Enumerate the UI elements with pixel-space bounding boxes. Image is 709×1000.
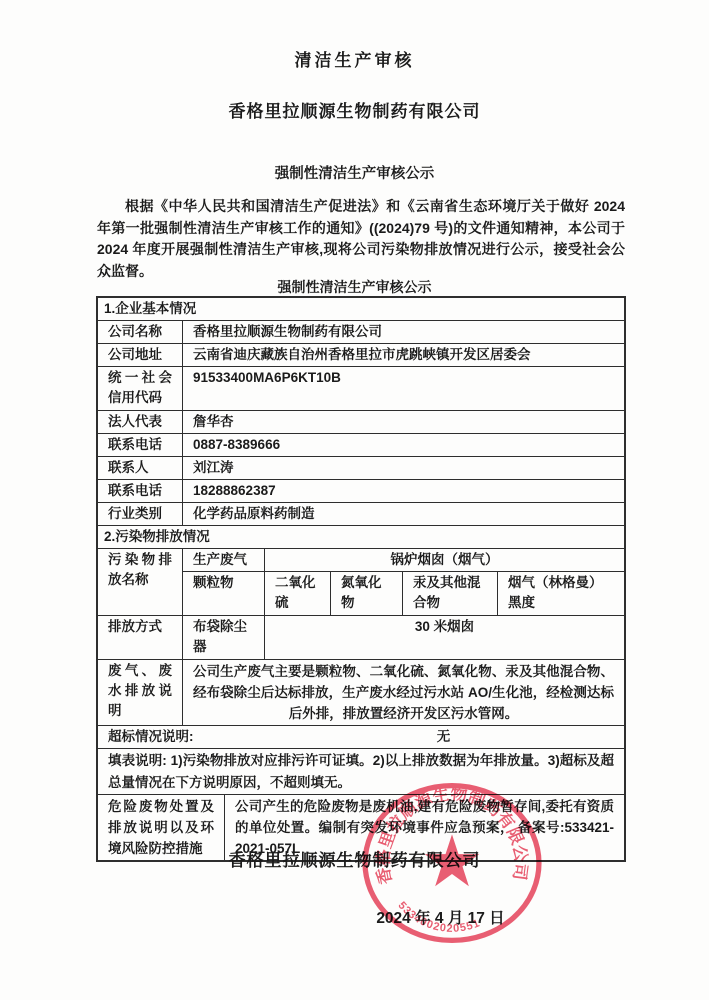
exceedance-row: 超标情况说明: 无 bbox=[98, 726, 624, 749]
pollutant-particulate: 颗粒物 bbox=[183, 572, 265, 615]
emissions-header-bottom: 颗粒物 二氧化硫 氮氧化物 汞及其他混合物 烟气（林格曼）黑度 bbox=[183, 572, 624, 615]
discharge-description-row: 废气、废水排放说明 公司生产废气主要是颗粒物、二氧化硫、氮氧化物、汞及其他混合物… bbox=[98, 660, 624, 726]
field-value: 91533400MA6P6KT10B bbox=[183, 367, 624, 410]
pollutant-so2: 二氧化硫 bbox=[265, 572, 331, 615]
table-row-company-name: 公司名称 香格里拉顺源生物制药有限公司 bbox=[98, 321, 624, 344]
table-row-industry: 行业类别 化学药品原料药制造 bbox=[98, 503, 624, 526]
field-value: 詹华杏 bbox=[183, 411, 624, 433]
field-value: 18288862387 bbox=[183, 480, 624, 502]
document-page: 清洁生产审核 香格里拉顺源生物制药有限公司 强制性清洁生产审核公示 根据《中华人… bbox=[0, 0, 709, 1000]
field-value: 化学药品原料药制造 bbox=[183, 503, 624, 525]
field-value: 0887-8389666 bbox=[183, 434, 624, 456]
pollutant-mercury: 汞及其他混合物 bbox=[403, 572, 498, 615]
stack-value: 30 米烟囱 bbox=[265, 616, 624, 659]
exceedance-label: 超标情况说明: bbox=[98, 726, 263, 748]
discharge-mode-row: 排放方式 布袋除尘器 30 米烟囱 bbox=[98, 616, 624, 660]
emissions-header-columns: 生产废气 锅炉烟囱（烟气） 颗粒物 二氧化硫 氮氧化物 汞及其他混合物 烟气（林… bbox=[183, 549, 624, 615]
table-row-legal-rep: 法人代表 詹华杏 bbox=[98, 411, 624, 434]
doc-title: 清洁生产审核 bbox=[0, 46, 709, 71]
boiler-stack-label: 锅炉烟囱（烟气） bbox=[265, 549, 624, 571]
exceedance-value: 无 bbox=[263, 726, 624, 748]
discharge-description-value: 公司生产废气主要是颗粒物、二氧化硫、氮氧化物、汞及其他混合物、经布袋除尘后达标排… bbox=[183, 660, 624, 725]
field-value: 云南省迪庆藏族自治州香格里拉市虎跳峡镇开发区居委会 bbox=[183, 344, 624, 366]
discharge-description-label: 废气、废水排放说明 bbox=[98, 660, 183, 725]
table-row-phone-1: 联系电话 0887-8389666 bbox=[98, 434, 624, 457]
table-row-contact-person: 联系人 刘江涛 bbox=[98, 457, 624, 480]
section-2-header-row: 2.污染物排放情况 bbox=[98, 526, 624, 549]
intro-paragraph: 根据《中华人民共和国清洁生产促进法》和《云南省生态环境厅关于做好 2024 年第… bbox=[97, 196, 625, 282]
table-row-credit-code: 统一社会信用代码 91533400MA6P6KT10B bbox=[98, 367, 624, 411]
discharge-mode-label: 排放方式 bbox=[98, 616, 183, 659]
footer-company-name: 香格里拉顺源生物制药有限公司 bbox=[0, 846, 709, 871]
seal-star bbox=[425, 834, 480, 886]
field-label: 公司地址 bbox=[98, 344, 183, 366]
section-1-title: 1.企业基本情况 bbox=[98, 298, 206, 320]
table-row-company-address: 公司地址 云南省迪庆藏族自治州香格里拉市虎跳峡镇开发区居委会 bbox=[98, 344, 624, 367]
emissions-header-top: 生产废气 锅炉烟囱（烟气） bbox=[183, 549, 624, 572]
section-2-title: 2.污染物排放情况 bbox=[98, 526, 220, 548]
field-label: 联系人 bbox=[98, 457, 183, 479]
field-label: 统一社会信用代码 bbox=[98, 367, 183, 410]
bag-filter-value: 布袋除尘器 bbox=[183, 616, 265, 659]
table-caption: 强制性清洁生产审核公示 bbox=[0, 277, 709, 297]
doc-company-name: 香格里拉顺源生物制药有限公司 bbox=[0, 97, 709, 122]
notice-heading: 强制性清洁生产审核公示 bbox=[0, 162, 709, 183]
field-label: 行业类别 bbox=[98, 503, 183, 525]
field-label: 联系电话 bbox=[98, 480, 183, 502]
field-label: 联系电话 bbox=[98, 434, 183, 456]
section-1-header-row: 1.企业基本情况 bbox=[98, 298, 624, 321]
waste-gas-label: 生产废气 bbox=[183, 549, 265, 571]
field-label: 公司名称 bbox=[98, 321, 183, 343]
pollutant-nox: 氮氧化物 bbox=[331, 572, 403, 615]
field-label: 法人代表 bbox=[98, 411, 183, 433]
company-seal: 香格里拉顺源生物制药有限公司 5334002020551 bbox=[356, 777, 548, 949]
pollutant-name-label: 污染物排放名称 bbox=[98, 549, 183, 615]
field-value: 刘江涛 bbox=[183, 457, 624, 479]
pollutant-smoke-blackness: 烟气（林格曼）黑度 bbox=[498, 572, 624, 615]
table-row-phone-2: 联系电话 18288862387 bbox=[98, 480, 624, 503]
field-value: 香格里拉顺源生物制药有限公司 bbox=[183, 321, 624, 343]
emissions-header-block: 污染物排放名称 生产废气 锅炉烟囱（烟气） 颗粒物 二氧化硫 氮氧化物 汞及其他… bbox=[98, 549, 624, 616]
